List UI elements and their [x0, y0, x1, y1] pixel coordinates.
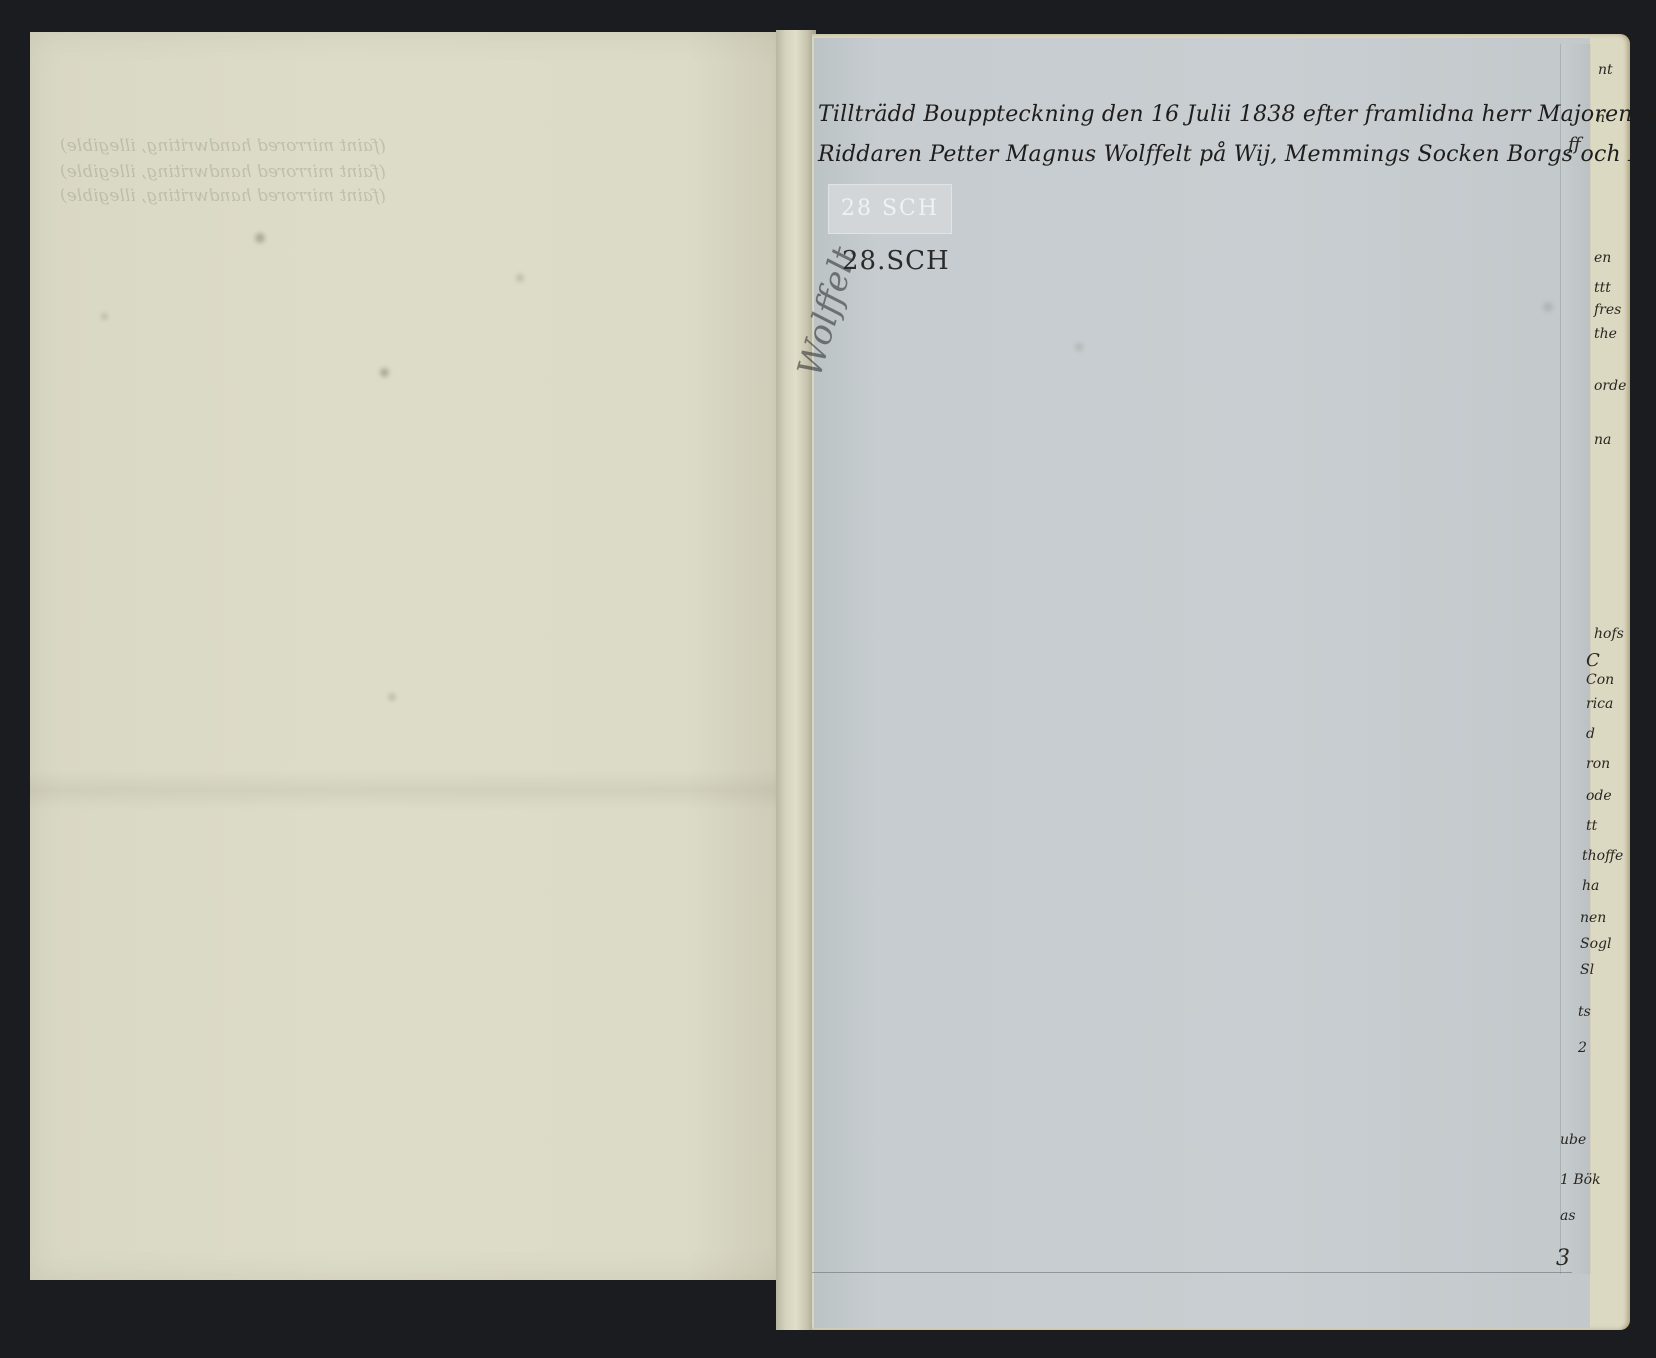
edge-fragment: na: [1594, 432, 1611, 448]
edge-fragment: ttt: [1594, 280, 1611, 296]
edge-fragment: orde: [1594, 378, 1626, 394]
faded-label: 28 SCH: [828, 184, 952, 234]
edge-fragment: Con: [1586, 672, 1614, 688]
edge-fragment: 3: [1556, 1246, 1570, 1271]
handwritten-line-2: Riddaren Petter Magnus Wolffelt på Wij, …: [818, 142, 1656, 167]
edge-fragment: Sogl: [1580, 936, 1611, 952]
paper-spot: [388, 693, 396, 701]
faded-label-text: 28 SCH: [829, 185, 951, 233]
edge-fragment: Sl: [1580, 962, 1594, 978]
bleed-through-line-3: (faint mirrored handwriting, illegible): [60, 186, 386, 206]
edge-fragment: as: [1560, 1208, 1576, 1224]
edge-fragment: ff: [1568, 134, 1581, 155]
edge-fragment: 2: [1578, 1040, 1587, 1056]
paper-spot: [101, 313, 108, 320]
edge-fragment: n: [1596, 110, 1605, 126]
edge-fragment: ha: [1582, 878, 1599, 894]
left-page: [30, 32, 802, 1280]
edge-fragment: ts: [1578, 1004, 1591, 1020]
bleed-through-line-1: (faint mirrored handwriting, illegible): [60, 136, 386, 156]
edge-fragment: rica: [1586, 696, 1613, 712]
paper-spot: [1075, 343, 1083, 351]
edge-fragment: nen: [1580, 910, 1606, 926]
edge-fragment: fres: [1594, 302, 1621, 318]
paper-spot: [255, 233, 265, 243]
edge-fragment: thoffe: [1582, 848, 1623, 864]
edge-fragment: the: [1594, 326, 1617, 342]
paper-spot: [1543, 302, 1553, 312]
bleed-through-line-2: (faint mirrored handwriting, illegible): [60, 162, 386, 182]
book-spine: [776, 30, 816, 1330]
sheet-bottom-edge: [812, 1272, 1572, 1273]
edge-fragment: ube: [1560, 1132, 1586, 1148]
edge-fragment: hofs: [1594, 626, 1624, 642]
edge-fragment: d: [1586, 726, 1595, 742]
edge-fragment: nt: [1598, 62, 1613, 78]
edge-fragment: 1 Bök: [1560, 1172, 1601, 1188]
edge-fragment: C: [1586, 650, 1600, 671]
left-page-fold-crease: [30, 770, 802, 810]
paper-spot: [516, 274, 524, 282]
edge-fragment: ron: [1586, 756, 1610, 772]
edge-fragment: en: [1594, 250, 1611, 266]
handwritten-line-1: Tillträdd Bouppteckning den 16 Julii 183…: [818, 102, 1656, 127]
paper-spot: [380, 368, 389, 377]
edge-fragment: ode: [1586, 788, 1612, 804]
edge-fragment: tt: [1586, 818, 1597, 834]
